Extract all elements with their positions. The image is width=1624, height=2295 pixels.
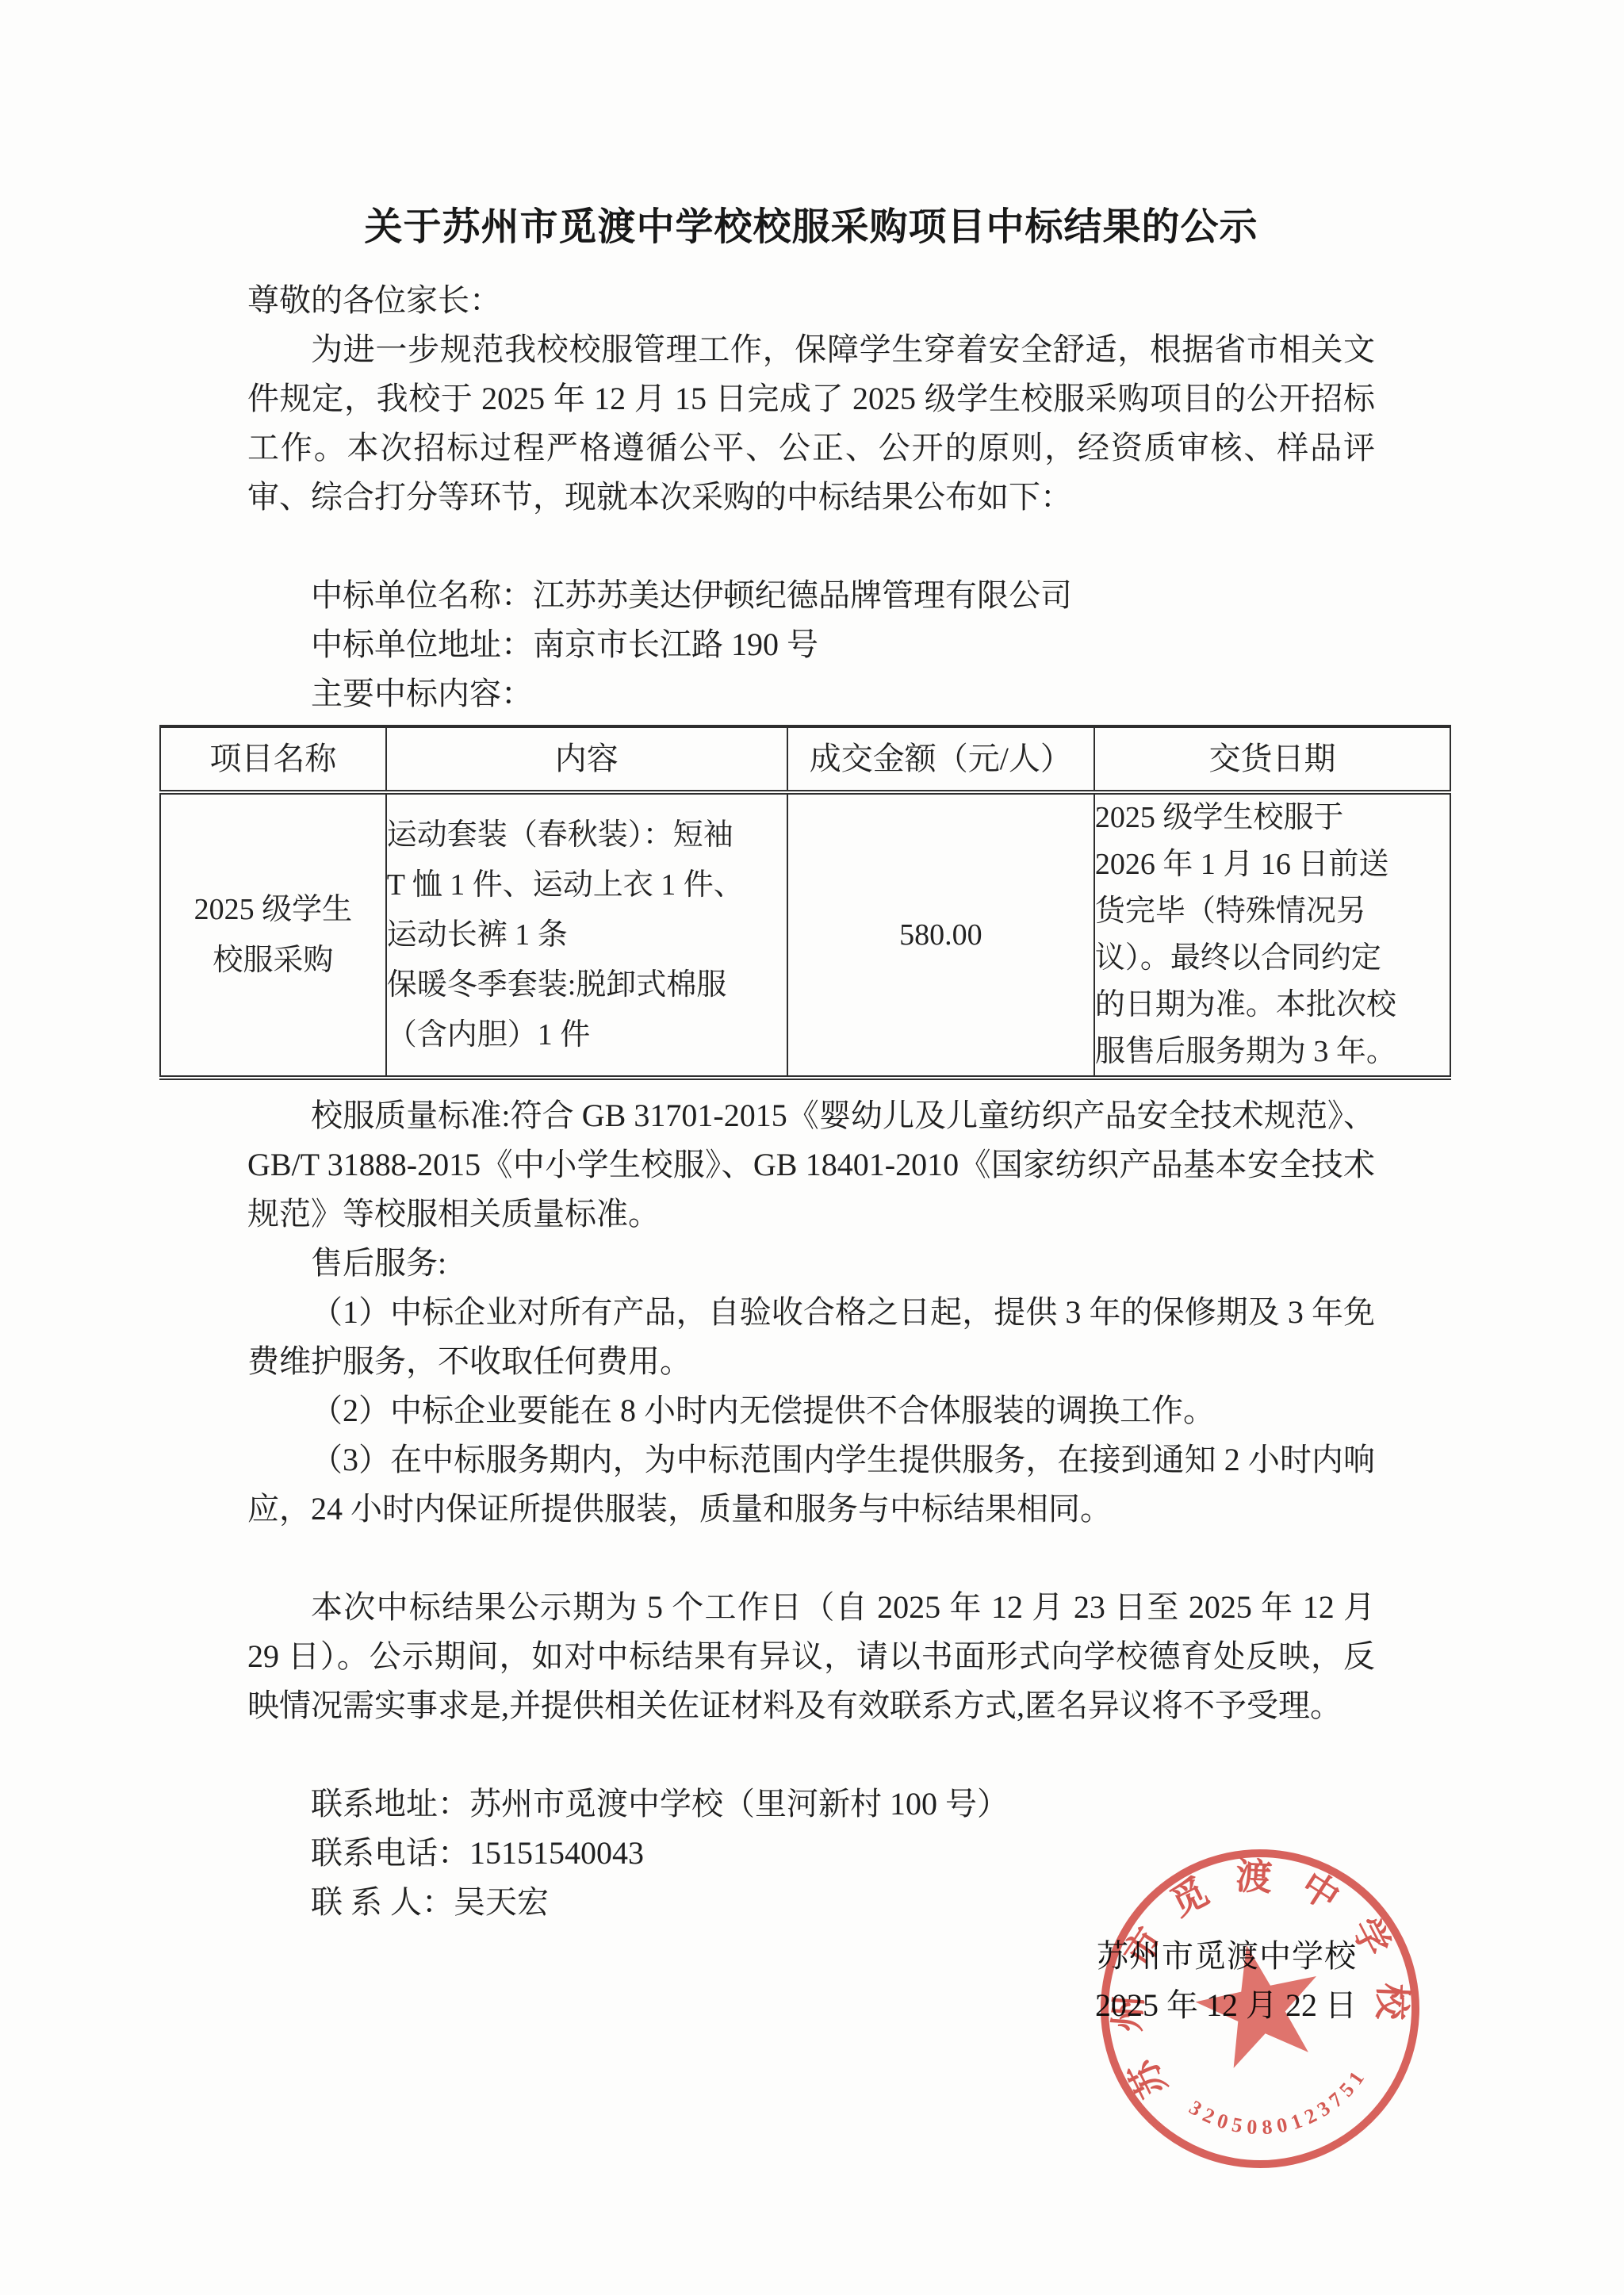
cell-text-line: 校服采购 <box>161 935 385 986</box>
winner-name-line: 中标单位名称：江苏苏美达伊顿纪德品牌管理有限公司 <box>247 571 1375 620</box>
contact-address-line: 联系地址：苏州市觅渡中学校（里河新村 100 号） <box>247 1780 1375 1829</box>
scanned-document-page: 关于苏州市觅渡中学校校服采购项目中标结果的公示 尊敬的各位家长： 为进一步规范我… <box>0 0 1624 2295</box>
spacer <box>247 1730 1375 1780</box>
cell-delivery: 2025 级学生校服于2026 年 1 月 16 日前送货完毕（特殊情况另议）。… <box>1094 792 1450 1078</box>
cell-content: 运动套装（春秋装）：短袖T 恤 1 件、运动上衣 1 件、运动长裤 1 条保暖冬… <box>386 792 787 1078</box>
cell-text-line: 服售后服务期为 3 年。 <box>1095 1029 1450 1075</box>
winner-address-label: 中标单位地址： <box>311 626 533 662</box>
winner-address-value: 南京市长江路 190 号 <box>533 626 818 662</box>
after-sale-item-2: （2）中标企业要能在 8 小时内无偿提供不合体服装的调换工作。 <box>247 1386 1375 1435</box>
bid-table-wrap: 项目名称 内容 成交金额（元/人） 交货日期 2025 级学生校服采购 运动套装… <box>159 725 1451 1080</box>
after-sale-item-3: （3）在中标服务期内，为中标范围内学生提供服务，在接到通知 2 小时内响应，24… <box>247 1435 1375 1534</box>
winner-address-line: 中标单位地址：南京市长江路 190 号 <box>247 620 1375 669</box>
cell-text-line: （含内胆）1 件 <box>387 1010 787 1060</box>
winner-name-value: 江苏苏美达伊顿纪德品牌管理有限公司 <box>533 577 1072 613</box>
contact-address-value: 苏州市觅渡中学校（里河新村 100 号） <box>469 1786 1009 1822</box>
document-body: 关于苏州市觅渡中学校校服采购项目中标结果的公示 尊敬的各位家长： 为进一步规范我… <box>247 200 1375 1927</box>
cell-project-name: 2025 级学生校服采购 <box>160 792 386 1078</box>
col-header-delivery: 交货日期 <box>1094 726 1450 792</box>
col-header-project: 项目名称 <box>160 726 386 792</box>
quality-standard-paragraph: 校服质量标准:符合 GB 31701-2015《婴幼儿及儿童纺织产品安全技术规范… <box>247 1091 1375 1239</box>
contact-phone-value: 15151540043 <box>469 1835 644 1871</box>
col-header-price: 成交金额（元/人） <box>787 726 1094 792</box>
cell-text-line: 2025 级学生 <box>161 884 385 935</box>
cell-text-line: 运动长裤 1 条 <box>387 910 787 960</box>
contact-person-value: 吴天宏 <box>454 1884 549 1920</box>
spacer <box>247 522 1375 571</box>
cell-text-line: 货完毕（特殊情况另 <box>1095 888 1450 935</box>
table-header-row: 项目名称 内容 成交金额（元/人） 交货日期 <box>160 726 1450 792</box>
cell-text-line: 2025 级学生校服于 <box>1095 795 1450 841</box>
contact-person-label: 联 系 人： <box>311 1884 454 1920</box>
cell-text-line: 运动套装（春秋装）：短袖 <box>387 810 787 860</box>
bid-result-table: 项目名称 内容 成交金额（元/人） 交货日期 2025 级学生校服采购 运动套装… <box>159 725 1451 1080</box>
main-content-label: 主要中标内容： <box>247 669 1375 718</box>
page-title: 关于苏州市觅渡中学校校服采购项目中标结果的公示 <box>247 200 1375 255</box>
contact-phone-label: 联系电话： <box>311 1835 469 1871</box>
cell-text-line: 的日期为准。本批次校 <box>1095 982 1450 1029</box>
after-sale-item-1: （1）中标企业对所有产品，自验收合格之日起，提供 3 年的保修期及 3 年免费维… <box>247 1288 1375 1386</box>
cell-text-line: 议）。最终以合同约定 <box>1095 935 1450 982</box>
cell-text-line: 2026 年 1 月 16 日前送 <box>1095 841 1450 888</box>
official-seal-stamp: 苏州市觅渡中学校 3205080123751 <box>1063 1811 1457 2206</box>
stamp-star-icon <box>1186 1933 1331 2073</box>
cell-price: 580.00 <box>787 792 1094 1078</box>
stamp-code-text: 3205080123751 <box>1182 2059 1380 2155</box>
col-header-content: 内容 <box>386 726 787 792</box>
greeting: 尊敬的各位家长： <box>247 276 1375 325</box>
contact-address-label: 联系地址： <box>311 1786 469 1822</box>
after-sale-label: 售后服务: <box>247 1239 1375 1288</box>
table-row: 2025 级学生校服采购 运动套装（春秋装）：短袖T 恤 1 件、运动上衣 1 … <box>160 792 1450 1078</box>
winner-name-label: 中标单位名称： <box>311 577 533 613</box>
cell-text-line: T 恤 1 件、运动上衣 1 件、 <box>387 860 787 910</box>
cell-text-line: 保暖冬季套装:脱卸式棉服 <box>387 960 787 1010</box>
publicity-paragraph: 本次中标结果公示期为 5 个工作日（自 2025 年 12 月 23 日至 20… <box>247 1583 1375 1730</box>
spacer <box>247 1534 1375 1583</box>
intro-paragraph: 为进一步规范我校校服管理工作，保障学生穿着安全舒适，根据省市相关文件规定，我校于… <box>247 325 1375 522</box>
